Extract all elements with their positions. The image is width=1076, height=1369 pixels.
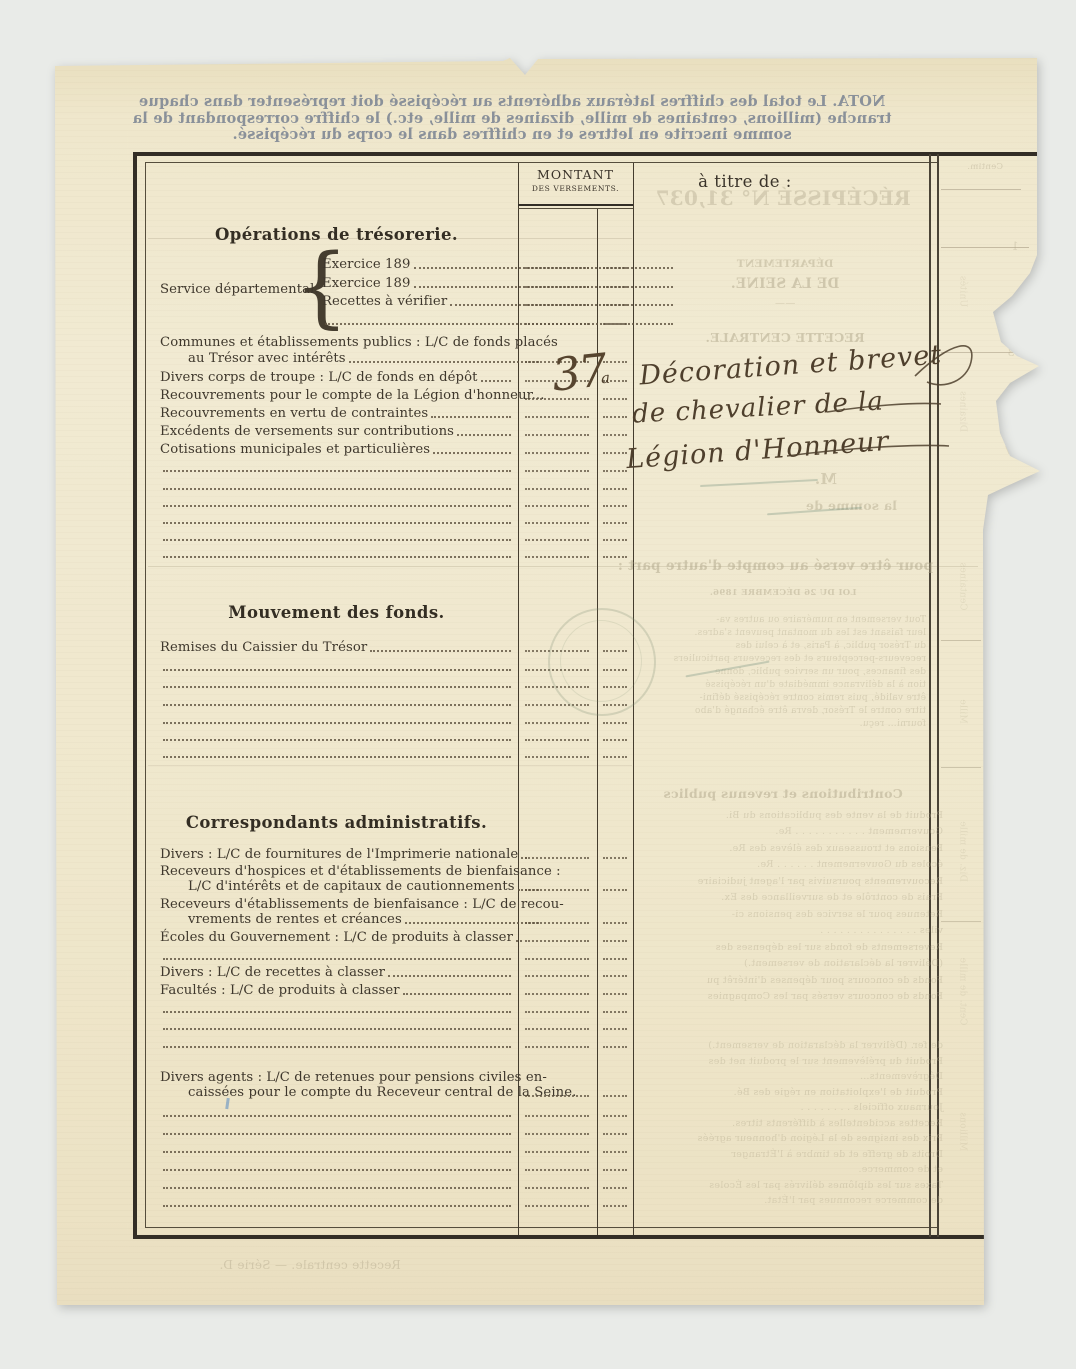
row-label: Remises du Caissier du Trésor: [155, 640, 367, 655]
faint-rule: [148, 765, 632, 766]
bleed-through-text: du Trésor public, à Paris, et à celui de…: [640, 641, 926, 652]
bleed-through-text: Centim.: [941, 162, 1029, 172]
row-label: Divers : L/C de recettes à classer: [155, 965, 385, 980]
faint-rule: [148, 238, 632, 239]
bleed-through-text: et de commerce.: [633, 1164, 943, 1175]
row-label: Recettes à vérifier: [317, 294, 447, 309]
bleed-through-text: Dégrèvements…: [633, 1071, 943, 1082]
bleed-through-text: ——: [755, 298, 815, 310]
francs-cell-dots: [525, 1011, 589, 1013]
bleed-through-text: de fer. (Délivrer la déclaration de vers…: [633, 1040, 943, 1051]
centimes-cell-dots: [603, 993, 627, 995]
francs-cell-dots: [525, 1095, 589, 1097]
dotted-leader: [163, 958, 511, 960]
bleed-through-text: des finances, pour un service public, do…: [640, 667, 926, 678]
francs-cell-dots: [525, 1046, 589, 1048]
centimes-cell-dots: [603, 1151, 627, 1153]
dotted-leader: [163, 704, 511, 706]
bleed-through-text: Gouvernement . . . . . . . . . . . Re.: [633, 826, 943, 837]
francs-cell-dots: [525, 267, 589, 269]
frame-left-border: [133, 152, 137, 1239]
row-label: Exercice 189: [317, 257, 411, 272]
dotted-leader: [388, 975, 511, 977]
bleed-through-text: (Délivrer la déclaration de versement.): [633, 958, 943, 969]
dotted-leader: [433, 452, 511, 454]
dotted-leader: [405, 922, 539, 924]
centimes-cell-dots: [603, 1115, 627, 1117]
bleed-through-text: Droits de greffe et de timbre à l'Étrang…: [633, 1149, 943, 1160]
centimes-cell-dots: [603, 889, 627, 891]
francs-cell-dots: [525, 323, 589, 325]
dotted-leader: [163, 722, 511, 724]
faint-rule: [941, 921, 981, 922]
centimes-cell-dots: [603, 323, 627, 325]
bleed-through-text: Diz. de mille: [957, 796, 968, 906]
bleed-through-text: receveurs-percepteurs et des receveurs p…: [640, 654, 926, 665]
row-label: Exercice 189: [317, 276, 411, 291]
row-label: au Trésor avec intérêts: [183, 351, 346, 366]
bleed-through-text: RÉCÉPISSÉ N° 31,037: [633, 186, 933, 210]
centimes-cell-dots: [603, 1028, 627, 1030]
row-label: Mouvement des fonds.: [223, 605, 444, 620]
frame-inner-left: [145, 162, 146, 1228]
francs-cell-dots: [525, 922, 589, 924]
dotted-leader: [163, 488, 511, 490]
bleed-through-text: de commerce reconnues par l'État.: [633, 1195, 943, 1206]
blank-row: [155, 1016, 933, 1033]
centimes-cell-dots: [603, 940, 627, 942]
dotted-leader: [163, 522, 511, 524]
row-label: Divers corps de troupe : L/C de fonds en…: [155, 370, 478, 385]
bleed-through-text: Fonds de concours pour dépenses d'intérê…: [633, 975, 943, 986]
bleed-through-text: pour être versé au compte d'autre part :: [633, 558, 933, 574]
francs-cell-dots: [525, 452, 589, 454]
bleed-through-text: Journaux officiels . . . . . . . .: [633, 1102, 943, 1113]
dotted-leader: [163, 505, 511, 507]
centimes-cell-dots: [603, 1046, 627, 1048]
handwritten-centimes-mark: a: [600, 369, 610, 388]
dotted-leader: [163, 669, 511, 671]
dotted-leader: [163, 1115, 511, 1117]
blank-row: [155, 311, 933, 328]
row-label: Recouvrements pour le compte de la Légio…: [155, 388, 545, 403]
bleed-through-text: Produit du prélèvement sur le produit ne…: [633, 1056, 943, 1067]
row-label: Correspondants administratifs.: [181, 815, 487, 830]
centimes-cell-dots: [603, 1187, 627, 1189]
francs-cell-dots: [525, 304, 589, 306]
row-label: Facultés : L/C de produits à classer: [155, 983, 400, 998]
dotted-leader: [163, 739, 511, 741]
francs-cell-dots: [525, 1169, 589, 1171]
francs-cell-dots: [525, 1187, 589, 1189]
centimes-cell-dots: [603, 1169, 627, 1171]
dotted-leader: [481, 380, 511, 382]
bleed-through-text: Fonds de concours versés par les Compagn…: [633, 991, 943, 1002]
row-label: Cotisations municipales et particulières: [155, 442, 430, 457]
francs-cell-dots: [525, 434, 589, 436]
bleed-through-text: Produit de la vente des publications du …: [633, 810, 943, 821]
francs-cell-dots: [525, 488, 589, 490]
nota-bleed-through-text: NOTA. Le total des chiffres latéraux adh…: [112, 94, 912, 144]
row-label: L/C d'intérêts et de capitaux de caution…: [183, 879, 515, 894]
francs-cell-dots: [525, 286, 589, 288]
scanned-document-page: NOTA. Le total des chiffres latéraux adh…: [0, 0, 1076, 1369]
nota-line: NOTA. Le total des chiffres latéraux adh…: [112, 94, 912, 111]
row-label: Écoles du Gouvernement : L/C de produits…: [155, 930, 513, 945]
frame-bottom-border: [133, 1235, 984, 1239]
francs-cell-dots: [525, 722, 589, 724]
faint-rule: [941, 767, 981, 768]
francs-cell-dots: [525, 958, 589, 960]
faint-stamp-inner-circle: [560, 620, 642, 702]
montant-header-rule-thin: [518, 208, 633, 209]
centimes-cell-dots: [603, 958, 627, 960]
montant-header-line2: DES VERSEMENTS.: [518, 184, 633, 193]
row-label: vrements de rentes et créances: [183, 912, 402, 927]
dotted-leader: [163, 1151, 511, 1153]
dotted-leader: [163, 1187, 511, 1189]
centimes-cell-dots: [603, 756, 627, 758]
handwriting-flourish: [615, 328, 1015, 548]
dotted-leader: [163, 1011, 511, 1013]
centimes-cell-dots: [603, 304, 627, 306]
bleed-through-text: Mille: [957, 656, 968, 766]
bleed-through-text: Frais de contrôle et de surveillance des…: [633, 892, 943, 903]
bleed-through-text: DÉPARTEMENT: [675, 258, 895, 271]
francs-cell-dots: [525, 889, 589, 891]
bleed-through-text: Pensions et trousseaux des élèves des Re…: [633, 843, 943, 854]
dotted-leader: [163, 1169, 511, 1171]
frame-inner-top: [145, 162, 937, 163]
dotted-leader: [163, 756, 511, 758]
centimes-cell-dots: [603, 722, 627, 724]
bleed-through-text: titre contre le Trésor, devra être échan…: [640, 706, 926, 717]
centimes-cell-dots: [603, 1095, 627, 1097]
centimes-cell-dots: [603, 286, 627, 288]
row-label: Recouvrements en vertu de contraintes: [155, 406, 428, 421]
bleed-through-text: être validé, puis remis contre récépissé…: [640, 693, 926, 704]
francs-cell-dots: [525, 993, 589, 995]
dotted-leader: [163, 1046, 511, 1048]
bleed-through-text: écoles du Gouvernement . . . . . . Re.: [633, 859, 943, 870]
francs-cell-dots: [525, 756, 589, 758]
centimes-cell-dots: [603, 739, 627, 741]
francs-cell-dots: [525, 416, 589, 418]
frame-top-border: [133, 152, 1037, 156]
bleed-through-text: Recouvrements poursuivis par l'agent jud…: [633, 876, 943, 887]
francs-cell-dots: [525, 522, 589, 524]
francs-cell-dots: [525, 539, 589, 541]
centimes-cell-dots: [603, 857, 627, 859]
francs-cell-dots: [525, 556, 589, 558]
centimes-cell-dots: [603, 975, 627, 977]
dotted-leader: [349, 361, 539, 363]
handwritten-amount: 37: [549, 343, 608, 401]
dotted-leader: [163, 539, 511, 541]
bleed-through-text: DE LA SEINE.: [675, 276, 895, 292]
francs-cell-dots: [525, 470, 589, 472]
francs-cell-dots: [525, 857, 589, 859]
bleed-through-text: Reversements de fonds sur les dépenses d…: [633, 942, 943, 953]
bleed-through-text: Contributions et revenus publics: [633, 786, 933, 801]
francs-cell-dots: [525, 1205, 589, 1207]
montant-header-line1: MONTANT: [518, 167, 633, 182]
montant-header-rule-thick: [518, 204, 633, 206]
bleed-through-text: Taxes sur les diplômes délivrés par les …: [633, 1180, 943, 1191]
francs-cell-dots: [525, 1151, 589, 1153]
dotted-leader: [516, 940, 522, 942]
row-label: Communes et établissements publics : L/C…: [155, 335, 558, 350]
receipt-form-verso: NOTA. Le total des chiffres latéraux adh…: [55, 58, 1045, 1305]
blank-row: [155, 744, 933, 761]
dotted-leader: [163, 470, 511, 472]
row-label: Opérations de trésorerie.: [210, 227, 458, 242]
bleed-through-text: Produit de l'exploitation en régie des B…: [633, 1087, 943, 1098]
nota-line: somme inscrite en lettres et en chiffres…: [112, 127, 912, 144]
bleed-through-text: Recette centrale. — Série D.: [190, 1258, 430, 1272]
francs-cell-dots: [525, 1133, 589, 1135]
faint-rule: [941, 189, 1021, 190]
dotted-leader: [163, 1133, 511, 1135]
francs-cell-dots: [525, 505, 589, 507]
dotted-leader: [163, 1205, 511, 1207]
bleed-through-text: Cent. de mille: [957, 936, 968, 1046]
francs-cell-dots: [525, 1115, 589, 1117]
bleed-through-text: Millions: [957, 1076, 968, 1186]
dotted-leader: [370, 650, 511, 652]
paper-sheet: NOTA. Le total des chiffres latéraux adh…: [55, 58, 1045, 1305]
row-label: Excédents de versements sur contribution…: [155, 424, 454, 439]
bleed-through-text: fourni… reçu.: [640, 719, 926, 730]
francs-cell-dots: [525, 940, 589, 942]
bleed-through-text: Prix des insignes de la Légion d'honneur…: [633, 1133, 943, 1144]
dotted-leader: [403, 993, 511, 995]
bleed-through-text: leur faisant est les du montant peuvent …: [640, 628, 926, 639]
centimes-cell-dots: [603, 1011, 627, 1013]
centimes-cell-dots: [603, 1133, 627, 1135]
dotted-leader: [163, 556, 511, 558]
centimes-cell-dots: [603, 922, 627, 924]
francs-cell-dots: [525, 975, 589, 977]
bleed-through-text: tion à la délivrance immédiate d'un récé…: [640, 680, 926, 691]
form-row: Recettes à vérifier: [155, 292, 933, 309]
dotted-leader: [457, 434, 511, 436]
frame-inner-bottom: [145, 1227, 937, 1228]
francs-cell-dots: [525, 739, 589, 741]
section-heading: Opérations de trésorerie.: [155, 222, 933, 242]
nota-line: tranche (millions, centaines de mille, d…: [112, 111, 912, 128]
bleed-through-text: Recettes accidentelles à différents titr…: [633, 1118, 943, 1129]
francs-cell-dots: [525, 1028, 589, 1030]
centimes-cell-dots: [603, 1205, 627, 1207]
row-label: Divers : L/C de fournitures de l'Imprime…: [155, 847, 518, 862]
dotted-leader: [163, 686, 511, 688]
bleed-through-text: Tout versement en numéraire ou autres va…: [640, 615, 926, 626]
bleed-through-text: Retenues pour le service des pensions ci…: [633, 909, 943, 920]
dotted-leader: [163, 1028, 511, 1030]
dotted-leader: [431, 416, 511, 418]
bleed-through-text: viles . . . . . . . . . . . . . . .: [633, 925, 943, 936]
bleed-through-text: LOI DU 26 DÉCEMBRE 1896.: [655, 588, 911, 598]
bleed-through-text: 1: [1005, 240, 1025, 253]
montant-column-header: MONTANT DES VERSEMENTS.: [518, 167, 633, 193]
centimes-cell-dots: [603, 267, 627, 269]
row-label: caissées pour le compte du Receveur cent…: [183, 1085, 576, 1100]
